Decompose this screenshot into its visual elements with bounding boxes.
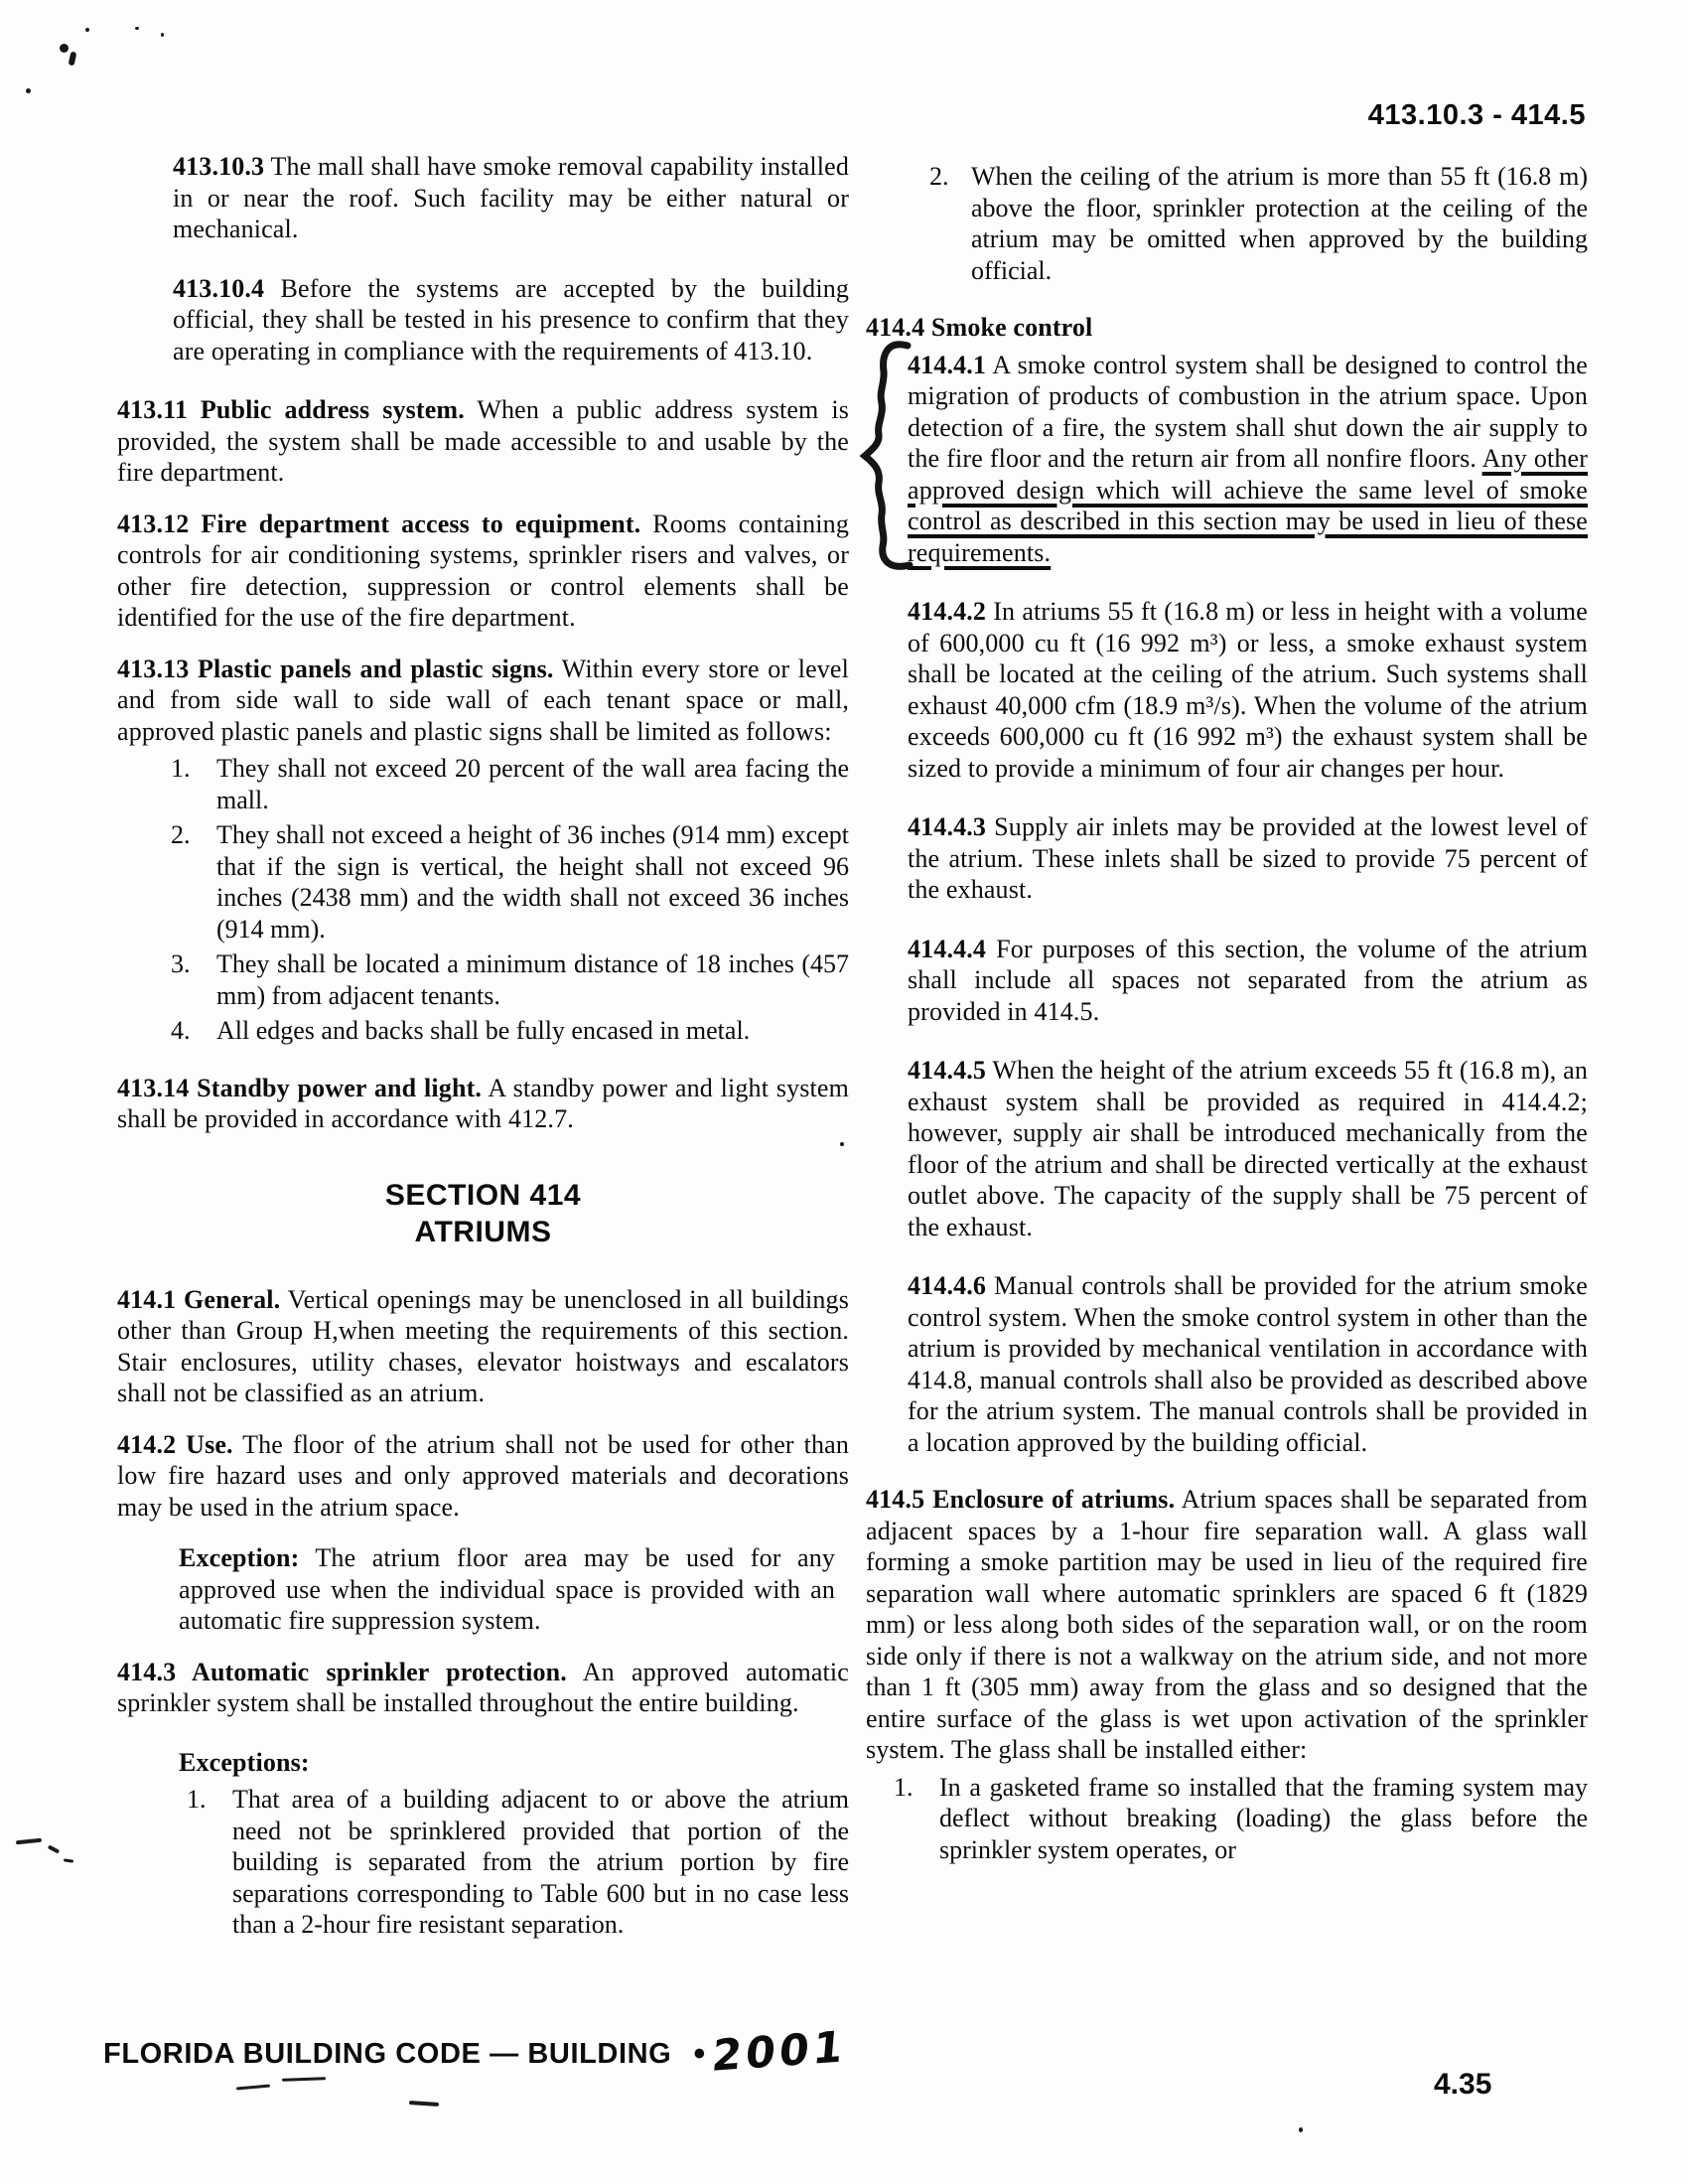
list-text: All edges and backs shall be fully encas… bbox=[216, 1015, 849, 1047]
section-heading-inline: 413.12 Fire department access to equipme… bbox=[117, 510, 640, 538]
section-number: 413.10.4 bbox=[173, 274, 264, 303]
section-number: 414.4.1 bbox=[908, 351, 986, 379]
para-text: When the height of the atrium exceeds 55… bbox=[908, 1056, 1588, 1241]
section-title: SECTION 414 bbox=[117, 1177, 849, 1214]
exceptions-414-3-label: Exceptions: bbox=[179, 1747, 835, 1779]
scan-speck bbox=[26, 88, 31, 93]
plastic-signs-list: 1. They shall not exceed 20 percent of t… bbox=[171, 753, 849, 1047]
section-heading-inline: 414.3 Automatic sprinkler protection. bbox=[117, 1658, 567, 1686]
para-text: For purposes of this section, the volume… bbox=[908, 935, 1588, 1026]
pen-mark bbox=[282, 2077, 326, 2082]
footer-title: FLORIDA BUILDING CODE — BUILDING bbox=[103, 2038, 671, 2070]
list-item-ceiling-exception: 2. When the ceiling of the atrium is mor… bbox=[929, 161, 1588, 286]
section-number: 414.4.5 bbox=[908, 1056, 986, 1085]
list-item: 3. They shall be located a minimum dista… bbox=[171, 948, 849, 1011]
list-item: 2. They shall not exceed a height of 36 … bbox=[171, 819, 849, 945]
para-414-3: 414.3 Automatic sprinkler protection. An… bbox=[117, 1657, 849, 1719]
para-text: Supply air inlets may be provided at the… bbox=[908, 812, 1588, 904]
list-text: They shall be located a minimum distance… bbox=[216, 948, 849, 1011]
pen-mark bbox=[48, 1844, 60, 1853]
list-number: 3. bbox=[171, 948, 216, 1011]
para-414-4-1: 414.4.1 A smoke control system shall be … bbox=[908, 350, 1588, 569]
list-text: They shall not exceed a height of 36 inc… bbox=[216, 819, 849, 945]
pen-mark bbox=[64, 1858, 73, 1862]
scan-speck bbox=[135, 27, 139, 30]
para-413-10-4: 413.10.4 Before the systems are accepted… bbox=[173, 273, 849, 367]
section-414-heading: SECTION 414 ATRIUMS bbox=[117, 1177, 849, 1250]
page-footer: FLORIDA BUILDING CODE — BUILDING•2001 bbox=[103, 2024, 847, 2074]
pen-mark bbox=[236, 2085, 270, 2091]
para-414-5: 414.5 Enclosure of atriums. Atrium space… bbox=[866, 1484, 1588, 1766]
list-text: They shall not exceed 20 percent of the … bbox=[216, 753, 849, 815]
footer-separator-dot: • bbox=[693, 2035, 706, 2074]
scan-speck bbox=[85, 28, 89, 32]
scan-speck bbox=[60, 44, 69, 53]
section-number: 414.4.6 bbox=[908, 1271, 986, 1300]
section-heading-inline: 413.11 Public address system. bbox=[117, 395, 465, 424]
para-text: Manual controls shall be provided for th… bbox=[908, 1271, 1588, 1457]
handwritten-margin-brace bbox=[856, 338, 915, 574]
list-text: In a gasketed frame so installed that th… bbox=[939, 1772, 1588, 1866]
para-413-10-3: 413.10.3 The mall shall have smoke remov… bbox=[173, 151, 849, 245]
para-413-11: 413.11 Public address system. When a pub… bbox=[117, 394, 849, 489]
section-heading-inline: 414.1 General. bbox=[117, 1285, 280, 1314]
list-number: 1. bbox=[894, 1772, 939, 1866]
page-number: 4.35 bbox=[1434, 2068, 1491, 2102]
section-heading-inline: 414.2 Use. bbox=[117, 1430, 233, 1459]
para-414-4-2: 414.4.2 In atriums 55 ft (16.8 m) or les… bbox=[908, 596, 1588, 784]
para-414-1: 414.1 General. Vertical openings may be … bbox=[117, 1284, 849, 1409]
list-number: 1. bbox=[171, 753, 216, 815]
right-column: 2. When the ceiling of the atrium is mor… bbox=[866, 149, 1588, 1865]
para-text: The mall shall have smoke removal capabi… bbox=[173, 152, 849, 243]
para-text: In atriums 55 ft (16.8 m) or less in hei… bbox=[908, 597, 1588, 783]
left-column: 413.10.3 The mall shall have smoke remov… bbox=[117, 151, 849, 1941]
page-header-section-range: 413.10.3 - 414.5 bbox=[1368, 99, 1586, 132]
glass-install-list: 1. In a gasketed frame so installed that… bbox=[894, 1772, 1588, 1866]
pen-mark bbox=[409, 2101, 439, 2107]
sprinkler-exceptions-list: 1. That area of a building adjacent to o… bbox=[187, 1784, 849, 1941]
section-number: 414.4.4 bbox=[908, 935, 986, 963]
para-text: Before the systems are accepted by the b… bbox=[173, 274, 849, 365]
scan-speck bbox=[69, 52, 77, 67]
scan-speck bbox=[161, 33, 164, 37]
list-number: 4. bbox=[171, 1015, 216, 1047]
section-subtitle: ATRIUMS bbox=[117, 1214, 849, 1250]
para-413-13: 413.13 Plastic panels and plastic signs.… bbox=[117, 654, 849, 748]
exception-label: Exception: bbox=[179, 1543, 299, 1572]
section-number: 414.4.2 bbox=[908, 597, 986, 626]
para-414-2: 414.2 Use. The floor of the atrium shall… bbox=[117, 1429, 849, 1524]
list-item: 4. All edges and backs shall be fully en… bbox=[171, 1015, 849, 1047]
section-heading-inline: 414.5 Enclosure of atriums. bbox=[866, 1485, 1175, 1514]
para-text: Atrium spaces shall be separated from ad… bbox=[866, 1485, 1588, 1764]
pen-mark bbox=[16, 1838, 42, 1845]
section-number: 414.4.3 bbox=[908, 812, 986, 841]
list-text: That area of a building adjacent to or a… bbox=[232, 1784, 849, 1941]
list-number: 2. bbox=[171, 819, 216, 945]
section-number: 413.10.3 bbox=[173, 152, 264, 181]
para-414-4-4: 414.4.4 For purposes of this section, th… bbox=[908, 934, 1588, 1028]
list-item: 1. In a gasketed frame so installed that… bbox=[894, 1772, 1588, 1866]
list-item: 1. That area of a building adjacent to o… bbox=[187, 1784, 849, 1941]
scan-speck bbox=[1299, 2127, 1303, 2132]
scanned-code-page: 413.10.3 - 414.5 413.10.3 The mall shall… bbox=[0, 0, 1688, 2184]
para-413-14: 413.14 Standby power and light. A standb… bbox=[117, 1073, 849, 1135]
heading-414-4: 414.4 Smoke control bbox=[866, 312, 1588, 344]
scan-speck bbox=[840, 1142, 844, 1146]
list-number: 1. bbox=[187, 1784, 232, 1941]
section-heading-inline: 413.13 Plastic panels and plastic signs. bbox=[117, 655, 554, 683]
list-number: 2. bbox=[929, 161, 971, 286]
handwritten-year: 2001 bbox=[710, 2022, 849, 2082]
list-text: When the ceiling of the atrium is more t… bbox=[971, 161, 1588, 286]
para-413-12: 413.12 Fire department access to equipme… bbox=[117, 509, 849, 634]
list-item: 1. They shall not exceed 20 percent of t… bbox=[171, 753, 849, 815]
section-heading-inline: 413.14 Standby power and light. bbox=[117, 1074, 482, 1102]
exception-414-2: Exception: The atrium floor area may be … bbox=[179, 1542, 835, 1637]
para-414-4-5: 414.4.5 When the height of the atrium ex… bbox=[908, 1055, 1588, 1242]
para-414-4-6: 414.4.6 Manual controls shall be provide… bbox=[908, 1270, 1588, 1458]
para-414-4-3: 414.4.3 Supply air inlets may be provide… bbox=[908, 811, 1588, 906]
